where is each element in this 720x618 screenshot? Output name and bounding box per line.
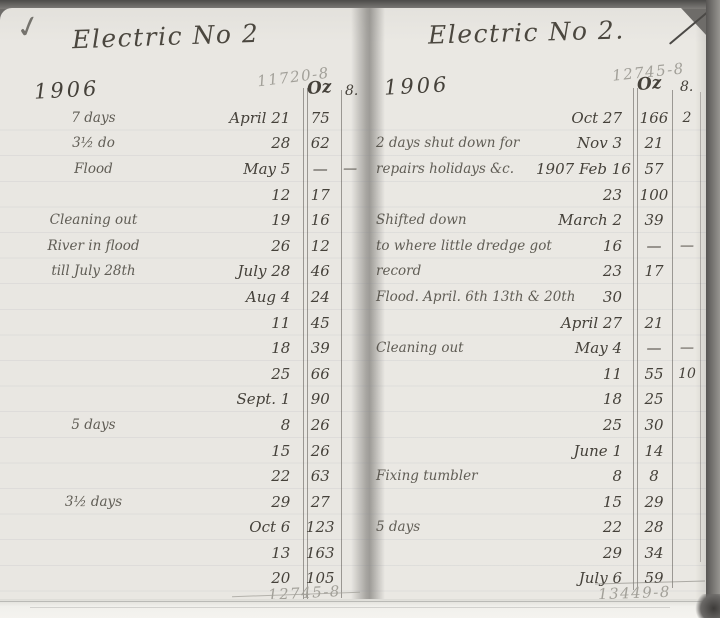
row-date: Sept. 1 bbox=[187, 390, 298, 408]
row-date: 23 bbox=[536, 186, 630, 204]
ledger-row: record2317 bbox=[368, 259, 706, 285]
row-oz-value: 100 bbox=[636, 186, 672, 204]
row-label: 3½ do bbox=[0, 135, 187, 151]
left-ledger-rows: 7 daysApril 21753½ do2862FloodMay 5——121… bbox=[0, 105, 362, 591]
row-oz-value: 39 bbox=[636, 211, 672, 229]
row-date: 11 bbox=[536, 365, 630, 383]
row-date: July 28 bbox=[187, 262, 298, 280]
row-oz-value: 45 bbox=[302, 314, 338, 332]
row-date: May 4 bbox=[536, 339, 630, 357]
row-oz-value: 16 bbox=[302, 211, 338, 229]
ledger-row: 5 days2228 bbox=[368, 515, 706, 541]
row-dwt-value: — bbox=[338, 161, 362, 177]
ledger-row: 2263 bbox=[0, 463, 362, 489]
row-date: 23 bbox=[536, 262, 630, 280]
row-date: 16 bbox=[536, 237, 630, 255]
ledger-row: 115510 bbox=[368, 361, 706, 387]
row-label: Flood. April. 6th 13th & 20th bbox=[368, 289, 536, 305]
row-oz-value: 90 bbox=[302, 390, 338, 408]
ledger-row: Fixing tumbler88 bbox=[368, 463, 706, 489]
ledger-row: 3½ days2927 bbox=[0, 489, 362, 515]
row-oz-value: 39 bbox=[302, 339, 338, 357]
ledger-row: FloodMay 5—— bbox=[0, 156, 362, 182]
row-oz-value: 14 bbox=[636, 442, 672, 460]
row-label: 3½ days bbox=[0, 494, 187, 510]
ledger-row: 2530 bbox=[368, 412, 706, 438]
row-date: 19 bbox=[187, 211, 298, 229]
row-oz-value: 30 bbox=[636, 416, 672, 434]
row-date: 8 bbox=[187, 416, 298, 434]
row-date: June 1 bbox=[536, 442, 630, 460]
row-label: Flood bbox=[0, 161, 187, 177]
row-oz-value: 28 bbox=[636, 518, 672, 536]
row-oz-value: 75 bbox=[302, 109, 338, 127]
row-date: 28 bbox=[187, 134, 298, 152]
row-oz-value: 66 bbox=[302, 365, 338, 383]
ledger-row: 1825 bbox=[368, 387, 706, 413]
ledger-row: 2934 bbox=[368, 540, 706, 566]
row-oz-value: 46 bbox=[302, 262, 338, 280]
row-label: Cleaning out bbox=[0, 212, 187, 228]
row-label: 2 days shut down for bbox=[368, 135, 536, 151]
ledger-row: Sept. 190 bbox=[0, 387, 362, 413]
ledger-row: River in flood2612 bbox=[0, 233, 362, 259]
ledger-row: 1526 bbox=[0, 438, 362, 464]
row-label: Cleaning out bbox=[368, 340, 536, 356]
ledger-row: 5 days826 bbox=[0, 412, 362, 438]
row-label: to where little dredge got bbox=[368, 238, 536, 254]
row-oz-value: 25 bbox=[636, 390, 672, 408]
left-dwt-column-header: 8. bbox=[345, 83, 358, 99]
row-date: 22 bbox=[536, 518, 630, 536]
row-oz-value: — bbox=[302, 160, 338, 178]
row-dwt-value: — bbox=[672, 238, 702, 254]
right-year: 1906 bbox=[383, 72, 450, 99]
row-date: Aug 4 bbox=[187, 288, 298, 306]
row-date: 15 bbox=[536, 493, 630, 511]
row-label: till July 28th bbox=[0, 263, 187, 279]
ledger-row: 1529 bbox=[368, 489, 706, 515]
ledger-row: Shifted downMarch 239 bbox=[368, 207, 706, 233]
row-oz-value: 8 bbox=[636, 467, 672, 485]
row-oz-value: 26 bbox=[302, 442, 338, 460]
row-date: Oct 27 bbox=[536, 109, 630, 127]
row-date: Oct 6 bbox=[187, 518, 298, 536]
row-label: repairs holidays &c. bbox=[368, 161, 536, 177]
left-oz-column-header: Oz bbox=[306, 77, 332, 99]
row-oz-value: 34 bbox=[636, 544, 672, 562]
ledger-row: 13163 bbox=[0, 540, 362, 566]
row-date: 18 bbox=[187, 339, 298, 357]
corner-shadow bbox=[695, 594, 720, 618]
row-date: 25 bbox=[187, 365, 298, 383]
row-oz-value: 163 bbox=[302, 544, 338, 562]
row-date: 26 bbox=[187, 237, 298, 255]
row-label: 5 days bbox=[368, 519, 536, 535]
left-year: 1906 bbox=[33, 76, 100, 103]
right-page-title: Electric No 2. bbox=[428, 15, 625, 49]
row-label: 7 days bbox=[0, 110, 187, 126]
ledger-row: 2 days shut down forNov 321 bbox=[368, 131, 706, 157]
row-dwt-value: — bbox=[672, 340, 702, 356]
row-oz-value: 17 bbox=[636, 262, 672, 280]
row-oz-value: 24 bbox=[302, 288, 338, 306]
row-oz-value: 29 bbox=[636, 493, 672, 511]
row-date: May 5 bbox=[187, 160, 298, 178]
ledger-row: Cleaning outMay 4—— bbox=[368, 335, 706, 361]
row-label: River in flood bbox=[0, 238, 187, 254]
row-date: March 2 bbox=[536, 211, 630, 229]
photo-right-edge bbox=[706, 0, 720, 618]
row-oz-value: 26 bbox=[302, 416, 338, 434]
row-oz-value: 21 bbox=[636, 314, 672, 332]
row-date: 13 bbox=[187, 544, 298, 562]
row-date: 22 bbox=[187, 467, 298, 485]
ledger-row: Oct 271662 bbox=[368, 105, 706, 131]
row-date: April 27 bbox=[536, 314, 630, 332]
ledger-row: Aug 424 bbox=[0, 284, 362, 310]
row-date: 18 bbox=[536, 390, 630, 408]
row-date: 25 bbox=[536, 416, 630, 434]
ledger-row: 23100 bbox=[368, 182, 706, 208]
row-date: 15 bbox=[187, 442, 298, 460]
row-oz-value: 166 bbox=[636, 109, 672, 127]
page-stack-line bbox=[30, 607, 670, 608]
ledger-row: 2566 bbox=[0, 361, 362, 387]
right-dwt-column-header: 8. bbox=[680, 79, 693, 95]
row-date: 8 bbox=[536, 467, 630, 485]
row-oz-value: 55 bbox=[636, 365, 672, 383]
ledger-row: 1839 bbox=[0, 335, 362, 361]
row-date: Nov 3 bbox=[536, 134, 630, 152]
ledger-photo: ✓ Electric No 2 1906 11720-8 Oz 8. Elect… bbox=[0, 0, 720, 618]
row-dwt-value: 2 bbox=[672, 110, 702, 126]
row-date: 12 bbox=[187, 186, 298, 204]
ledger-row: 3½ do2862 bbox=[0, 131, 362, 157]
row-label: Shifted down bbox=[368, 212, 536, 228]
row-date: 30 bbox=[536, 288, 630, 306]
ledger-row: Cleaning out1916 bbox=[0, 207, 362, 233]
ledger-row: 1217 bbox=[0, 182, 362, 208]
row-oz-value: 17 bbox=[302, 186, 338, 204]
row-oz-value: 123 bbox=[302, 518, 338, 536]
row-date: 1907 Feb 16 bbox=[536, 160, 630, 178]
page-stack-line bbox=[0, 601, 707, 602]
ledger-row: 1145 bbox=[0, 310, 362, 336]
row-dwt-value: 10 bbox=[672, 366, 702, 382]
row-date: 29 bbox=[536, 544, 630, 562]
right-oz-column-header: Oz bbox=[636, 73, 662, 95]
ledger-row: June 114 bbox=[368, 438, 706, 464]
row-oz-value: 63 bbox=[302, 467, 338, 485]
ledger-row: 7 daysApril 2175 bbox=[0, 105, 362, 131]
row-oz-value: — bbox=[636, 237, 672, 255]
row-label: record bbox=[368, 263, 536, 279]
row-oz-value: 27 bbox=[302, 493, 338, 511]
row-label: 5 days bbox=[0, 417, 187, 433]
row-oz-value: 12 bbox=[302, 237, 338, 255]
ledger-row: Oct 6123 bbox=[0, 515, 362, 541]
row-oz-value: 21 bbox=[636, 134, 672, 152]
row-label: Fixing tumbler bbox=[368, 468, 536, 484]
right-ledger-rows: Oct 2716622 days shut down forNov 321rep… bbox=[368, 105, 706, 591]
ledger-row: till July 28thJuly 2846 bbox=[0, 259, 362, 285]
row-date: April 21 bbox=[187, 109, 298, 127]
ledger-row: repairs holidays &c.1907 Feb 1657 bbox=[368, 156, 706, 182]
row-date: 11 bbox=[187, 314, 298, 332]
row-oz-value: 57 bbox=[636, 160, 672, 178]
row-oz-value: — bbox=[636, 339, 672, 357]
ledger-row: to where little dredge got16—— bbox=[368, 233, 706, 259]
ledger-row: Flood. April. 6th 13th & 20th30 bbox=[368, 284, 706, 310]
ledger-row: April 2721 bbox=[368, 310, 706, 336]
row-oz-value: 62 bbox=[302, 134, 338, 152]
row-date: 29 bbox=[187, 493, 298, 511]
